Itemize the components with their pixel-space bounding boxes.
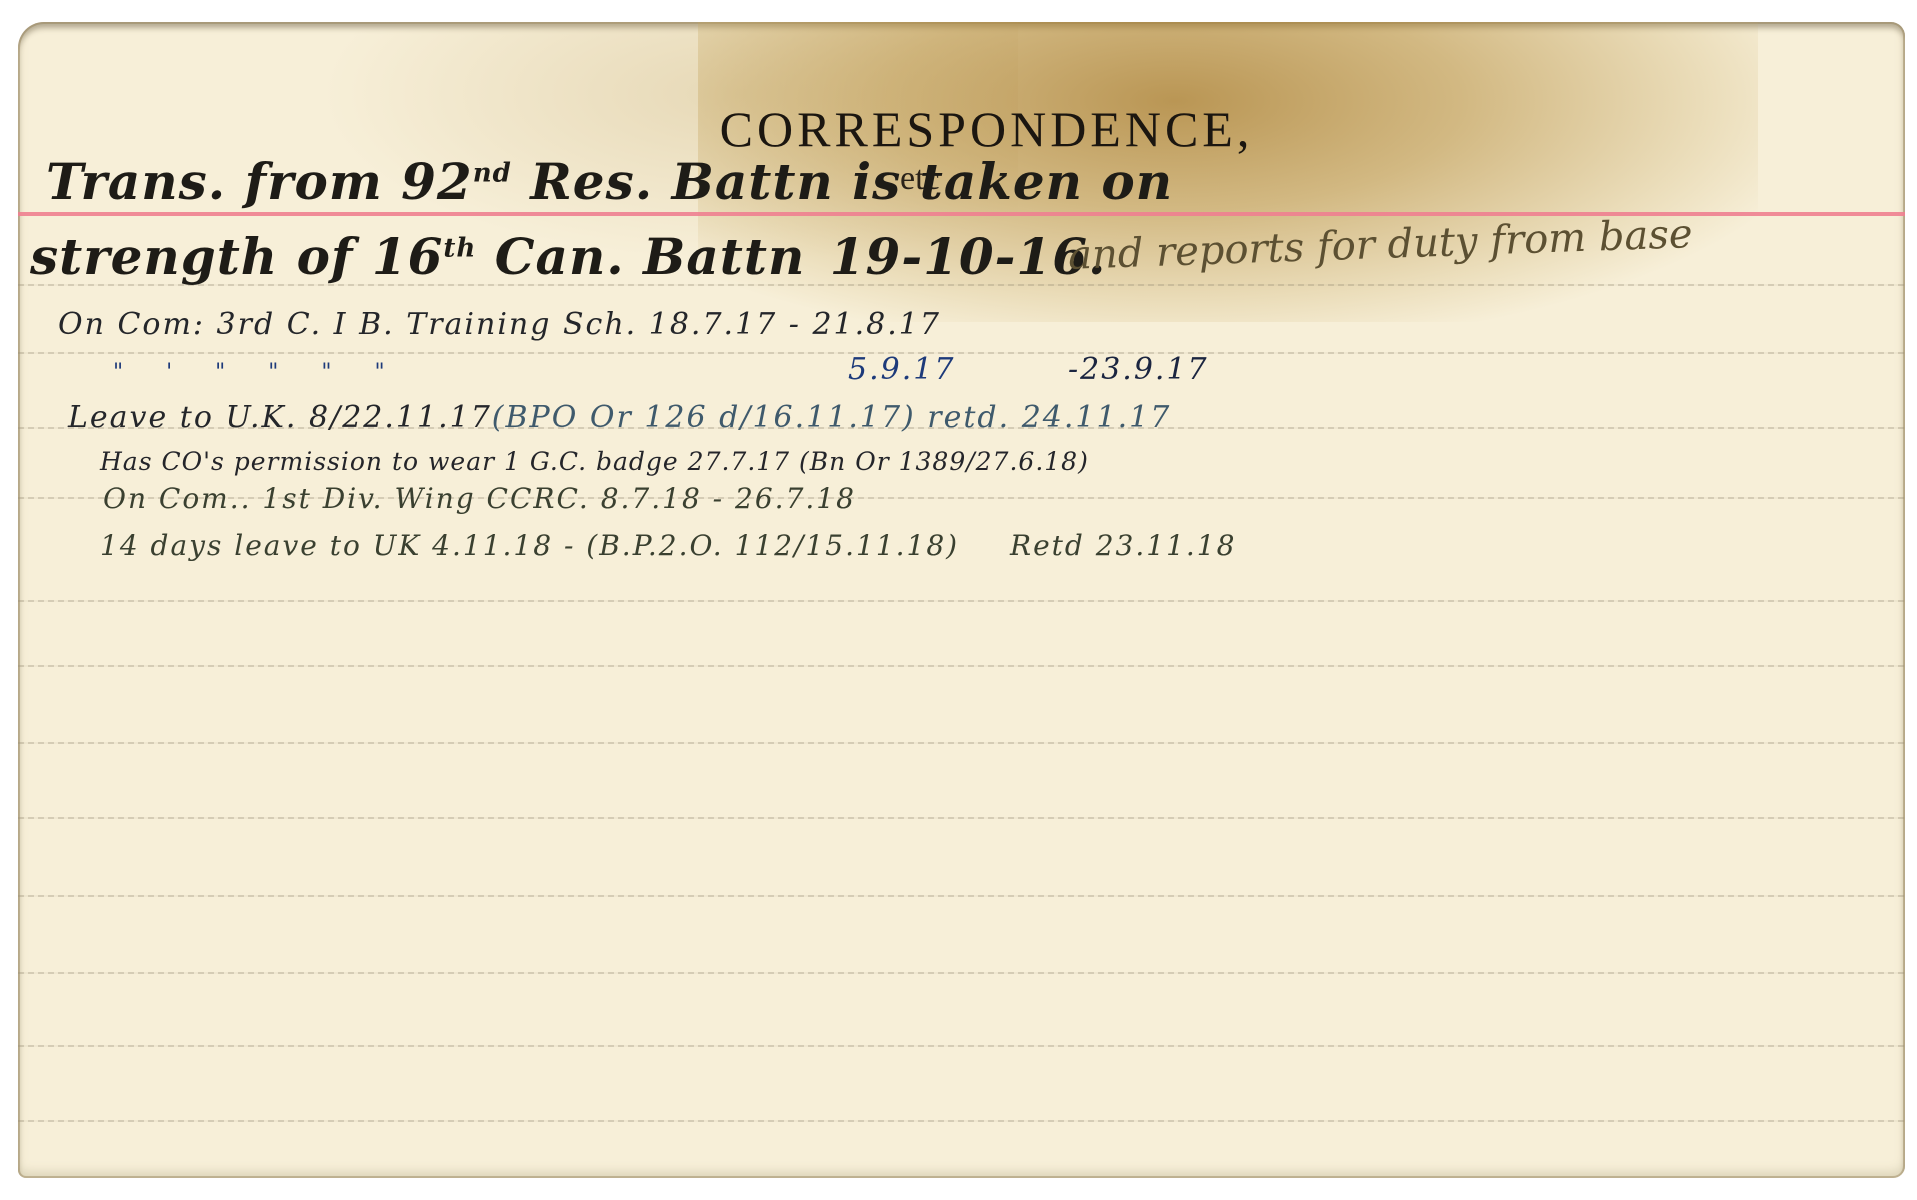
entry-gc-badge: Has CO's permission to wear 1 G.C. badge… [100, 447, 1089, 476]
entry-text: Trans. from 92 [46, 152, 473, 211]
entry-course-2: " ' " " " " 5.9.17 -23.9.17 [113, 352, 403, 387]
entry-course-1: On Com: 3rd C. I B. Training Sch. 18.7.1… [58, 307, 941, 342]
entry-text: strength of 16 [30, 227, 443, 286]
ruled-line [18, 665, 1905, 667]
entry-date: 5.9.17 [848, 352, 955, 387]
ruled-line [18, 600, 1905, 602]
ruled-line [18, 972, 1905, 974]
entry-text: Leave to U.K. 8/22.11.17 [68, 400, 492, 435]
ruled-line [18, 1045, 1905, 1047]
entry-insertion-reports-for-duty: and reports for duty from base [1067, 211, 1693, 279]
entry-text: 14 days leave to UK 4.11.18 - (B.P.2.O. … [100, 529, 959, 562]
entry-date: 19-10-16. [830, 227, 1107, 286]
entry-reference: (BPO Or 126 d/16.11.17) retd. 24.11.17 [492, 400, 1172, 435]
entry-leave-uk-1918: 14 days leave to UK 4.11.18 - (B.P.2.O. … [100, 529, 1236, 562]
entry-leave-uk-1917: Leave to U.K. 8/22.11.17(BPO Or 126 d/16… [68, 400, 1171, 435]
entry-text: Res. Battn is taken on [512, 152, 1173, 211]
entry-transfer-line-1: Trans. from 92nd Res. Battn is taken on [46, 152, 1173, 211]
ruled-line [18, 895, 1905, 897]
ruled-line [18, 1120, 1905, 1122]
record-card: CORRESPONDENCE, etc Trans. from 92nd Res… [18, 22, 1905, 1178]
entry-date: -23.9.17 [1068, 352, 1209, 387]
ruled-line [18, 742, 1905, 744]
ordinal-suffix: nd [473, 158, 512, 188]
entry-return-date: Retd 23.11.18 [1010, 529, 1236, 562]
entry-course-ccrc: On Com.. 1st Div. Wing CCRC. 8.7.18 - 26… [103, 482, 856, 515]
ditto-marks: " ' " " " " [113, 360, 403, 385]
entry-transfer-line-2: strength of 16th Can. Battn 19-10-16. [30, 227, 1106, 286]
card-heading: CORRESPONDENCE, [18, 100, 1905, 158]
ruled-line [18, 817, 1905, 819]
entry-text: Can. Battn [476, 227, 805, 286]
ordinal-suffix: th [443, 233, 476, 263]
